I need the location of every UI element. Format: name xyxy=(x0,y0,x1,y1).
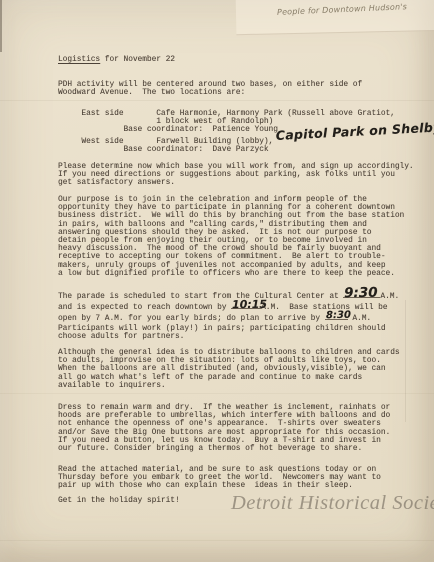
handwritten-time-arrive: 8:30 xyxy=(326,312,351,321)
paragraph-dress: Dress to remain warm and dry. If the wea… xyxy=(58,404,390,453)
typed-line: If you need a button, let us know today.… xyxy=(58,437,390,445)
typed-line: and is expected to reach downtown by xyxy=(58,304,231,312)
typed-line: A.M. xyxy=(380,293,399,301)
typed-line: Our purpose is to join in the celebratio… xyxy=(58,196,404,204)
document-page: People for Downtown Hudson's Logistics f… xyxy=(0,0,434,562)
closing-line: Get in the holiday spirit! xyxy=(58,497,180,505)
handwritten-time-downtown: 10:15 xyxy=(232,301,267,310)
typed-line: Read the attached material, and be sure … xyxy=(58,466,381,474)
paragraph-participants: Participants will work (play!) in pairs;… xyxy=(58,325,386,341)
typed-line: Although the general idea is to distribu… xyxy=(58,349,400,357)
typed-line: in pairs, with balloons and "calling car… xyxy=(58,221,404,229)
typed-line: open by 7 A.M. for you early birds; do p… xyxy=(58,315,325,323)
typed-line: choose adults for partners. xyxy=(58,333,386,341)
typed-line: heavy discussion. The mood of the crowd … xyxy=(58,245,404,253)
typed-line: opportunity they have to participate in … xyxy=(58,204,404,212)
document-title: Logistics for November 22 xyxy=(58,56,175,64)
west-coordinator-line: Base coordinator: Dave Parzyck xyxy=(58,146,434,154)
locations-block: East side Cafe Harmonie, Harmony Park (R… xyxy=(58,110,434,154)
paragraph-read-material: Read the attached material, and be sure … xyxy=(58,466,381,491)
paragraph-signup: Please determine now which base you will… xyxy=(58,163,414,188)
typed-line: answering questions should they be asked… xyxy=(58,229,404,237)
paragraph-purpose: Our purpose is to join in the celebratio… xyxy=(58,196,404,278)
typed-line: West side Farwell Building (lobby), xyxy=(58,138,273,146)
typed-line: The parade is scheduled to start from th… xyxy=(58,293,343,301)
paper-crease xyxy=(0,540,434,541)
typed-line: hoods are preferable to umbrellas, which… xyxy=(58,412,390,420)
typed-line: When the balloons are all distributed (a… xyxy=(58,365,400,373)
typed-line: Please determine now which base you will… xyxy=(58,163,414,171)
paper-crease xyxy=(405,300,406,422)
typed-line: available to inquirers. xyxy=(58,382,400,390)
typed-line: pair up with those who can explain these… xyxy=(58,482,381,490)
typed-line: Dress to remain warm and dry. If the wea… xyxy=(58,404,390,412)
typed-line: get satisfactory answers. xyxy=(58,179,414,187)
paper-crease xyxy=(0,100,434,101)
typed-line: Thursday before you embark to greet the … xyxy=(58,474,381,482)
typed-line: Participants will work (play!) in pairs;… xyxy=(58,325,386,333)
watermark: Detroit Historical Society xyxy=(231,492,434,515)
paragraph-parade-schedule: The parade is scheduled to start from th… xyxy=(58,290,399,324)
typed-line: makers, unruly groups of juveniles not a… xyxy=(58,262,404,270)
blank-time-start: 9:30 xyxy=(343,290,380,298)
blank-time-arrive: 8:30 xyxy=(325,312,348,320)
east-side-line: East side Cafe Harmonie, Harmony Park (R… xyxy=(58,110,434,118)
parade-start-line: The parade is scheduled to start from th… xyxy=(58,290,399,301)
typed-line: Get in the holiday spirit! xyxy=(58,497,180,505)
typed-line: If you need directions or suggestions ab… xyxy=(58,171,414,179)
typed-line: and/or Save the Big One buttons are most… xyxy=(58,429,390,437)
typed-line: not enhance the openness of one's appear… xyxy=(58,420,390,428)
typed-line: receptive to accepting our tokens of com… xyxy=(58,253,404,261)
typed-line: A.M. Base stations will be xyxy=(261,304,387,312)
typed-line: business district. We will do this by br… xyxy=(58,212,404,220)
typed-line: our future. Consider bringing a thermos … xyxy=(58,445,390,453)
blank-time-downtown: 10:15 xyxy=(231,301,261,309)
typed-line: Woodward Avenue. The two locations are: xyxy=(58,89,362,97)
title-underlined-word: Logistics xyxy=(58,56,100,64)
typed-line: a low but dignified profile to officers … xyxy=(58,270,404,278)
paper-crease xyxy=(0,393,434,394)
typed-line: A.M. xyxy=(348,315,371,323)
title-rest: for November 22 xyxy=(100,56,175,64)
paragraph-balloons: Although the general idea is to distribu… xyxy=(58,349,400,390)
scan-edge-artifact xyxy=(0,0,2,52)
typed-line: all go watch what's left of the parade a… xyxy=(58,374,400,382)
parade-arrive-line: open by 7 A.M. for you early birds; do p… xyxy=(58,312,399,323)
typed-line: to adults, improvise on the situation: l… xyxy=(58,357,400,365)
paragraph-intro: PDH activity will be centered around two… xyxy=(58,81,362,97)
typed-line: detain people from enjoying their outing… xyxy=(58,237,404,245)
typed-line: PDH activity will be centered around two… xyxy=(58,81,362,89)
west-side-line: West side Farwell Building (lobby),Capit… xyxy=(58,135,434,146)
handwritten-time-start: 9:30 xyxy=(344,289,378,298)
